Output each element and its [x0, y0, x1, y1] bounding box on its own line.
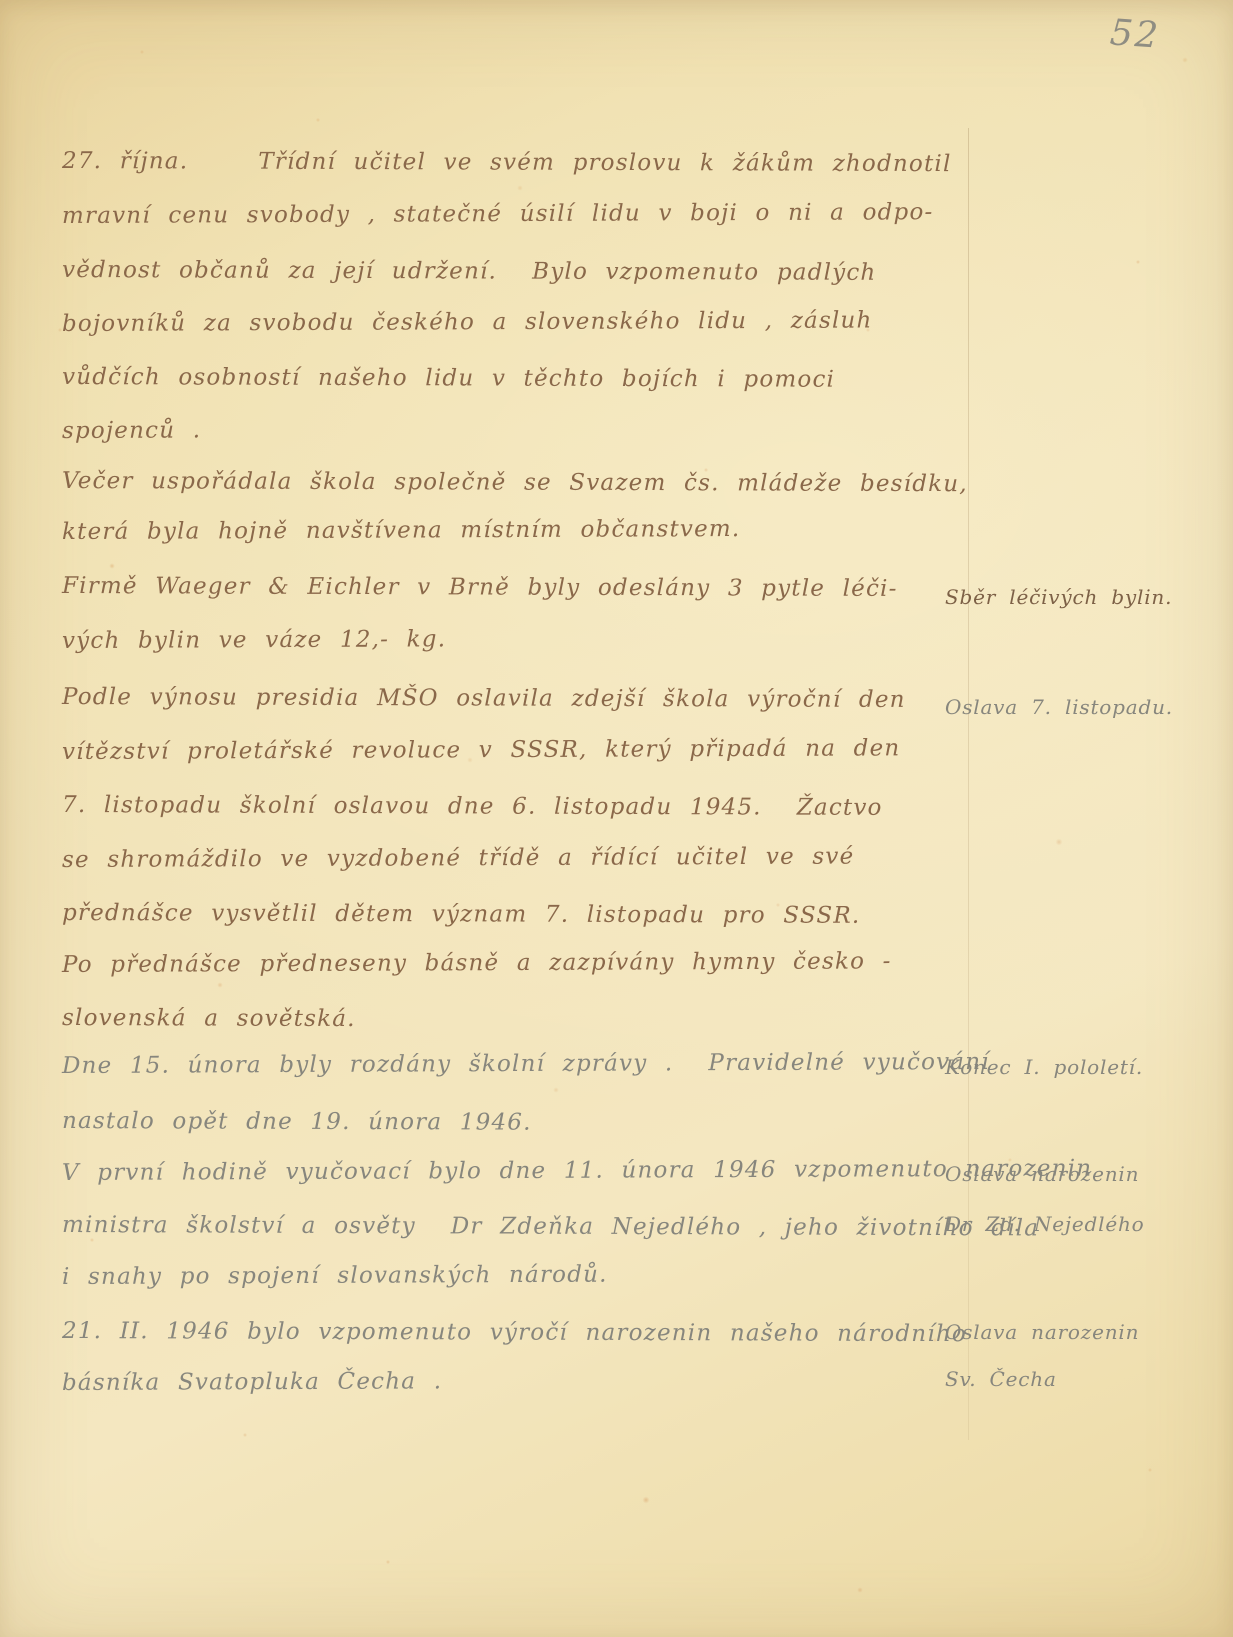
margin-note: Dr Zd. Nejedlého: [945, 1212, 1145, 1248]
margin-note: Oslava narozenin: [945, 1320, 1139, 1356]
chronicle-line: Večer uspořádala škola společně se Svaze…: [62, 468, 968, 515]
chronicle-line: mravní cenu svobody , statečné úsilí lid…: [62, 199, 934, 247]
chronicle-line: vítězství proletářské revoluce v SSSR, k…: [62, 735, 901, 783]
chronicle-page: 52 27. října. Třídní učitel ve svém pros…: [0, 0, 1233, 1637]
chronicle-line: přednášce vysvětlil dětem význam 7. list…: [62, 900, 861, 947]
chronicle-line: ministra školství a osvěty Dr Zdeňka Nej…: [62, 1212, 1039, 1259]
chronicle-line: V první hodině vyučovací bylo dne 11. ún…: [62, 1156, 1092, 1204]
chronicle-line: která byla hojně navštívena místním obča…: [62, 516, 741, 563]
chronicle-line: vých bylin ve váze 12,- kg.: [62, 626, 446, 672]
chronicle-line: se shromáždilo ve vyzdobené třídě a řídí…: [62, 844, 855, 891]
margin-note: Sv. Čecha: [945, 1367, 1057, 1403]
chronicle-line: spojenců .: [62, 417, 201, 462]
margin-note: Konec I. pololetí.: [945, 1055, 1143, 1091]
margin-note: Sběr léčivých bylin.: [945, 585, 1172, 621]
chronicle-line: 21. II. 1946 bylo vzpomenuto výročí naro…: [62, 1318, 967, 1365]
chronicle-line: vědnost občanů za její udržení. Bylo vzp…: [62, 257, 877, 304]
chronicle-line: Podle výnosu presidia MŠO oslavila zdejš…: [62, 684, 906, 731]
chronicle-line: 27. října. Třídní učitel ve svém proslov…: [62, 148, 952, 195]
margin-note: Oslava 7. listopadu.: [945, 695, 1173, 731]
page-number: 52: [1109, 12, 1162, 56]
chronicle-line: 7. listopadu školní oslavou dne 6. listo…: [62, 792, 883, 839]
chronicle-line: Firmě Waeger & Eichler v Brně byly odesl…: [62, 573, 898, 620]
chronicle-line: nastalo opět dne 19. února 1946.: [62, 1108, 532, 1154]
chronicle-line: Po přednášce předneseny básně a zazpíván…: [62, 948, 892, 996]
chronicle-line: básníka Svatopluka Čecha .: [62, 1368, 442, 1414]
chronicle-line: Dne 15. února byly rozdány školní zprávy…: [62, 1049, 990, 1097]
chronicle-line: bojovníků za svobodu českého a slovenské…: [62, 307, 873, 355]
chronicle-line: i snahy po spojení slovanských národů.: [62, 1262, 608, 1308]
chronicle-line: slovenská a sovětská.: [62, 1005, 356, 1050]
chronicle-line: vůdčích osobností našeho lidu v těchto b…: [62, 364, 835, 411]
margin-note: Oslava narozenin: [945, 1162, 1139, 1198]
